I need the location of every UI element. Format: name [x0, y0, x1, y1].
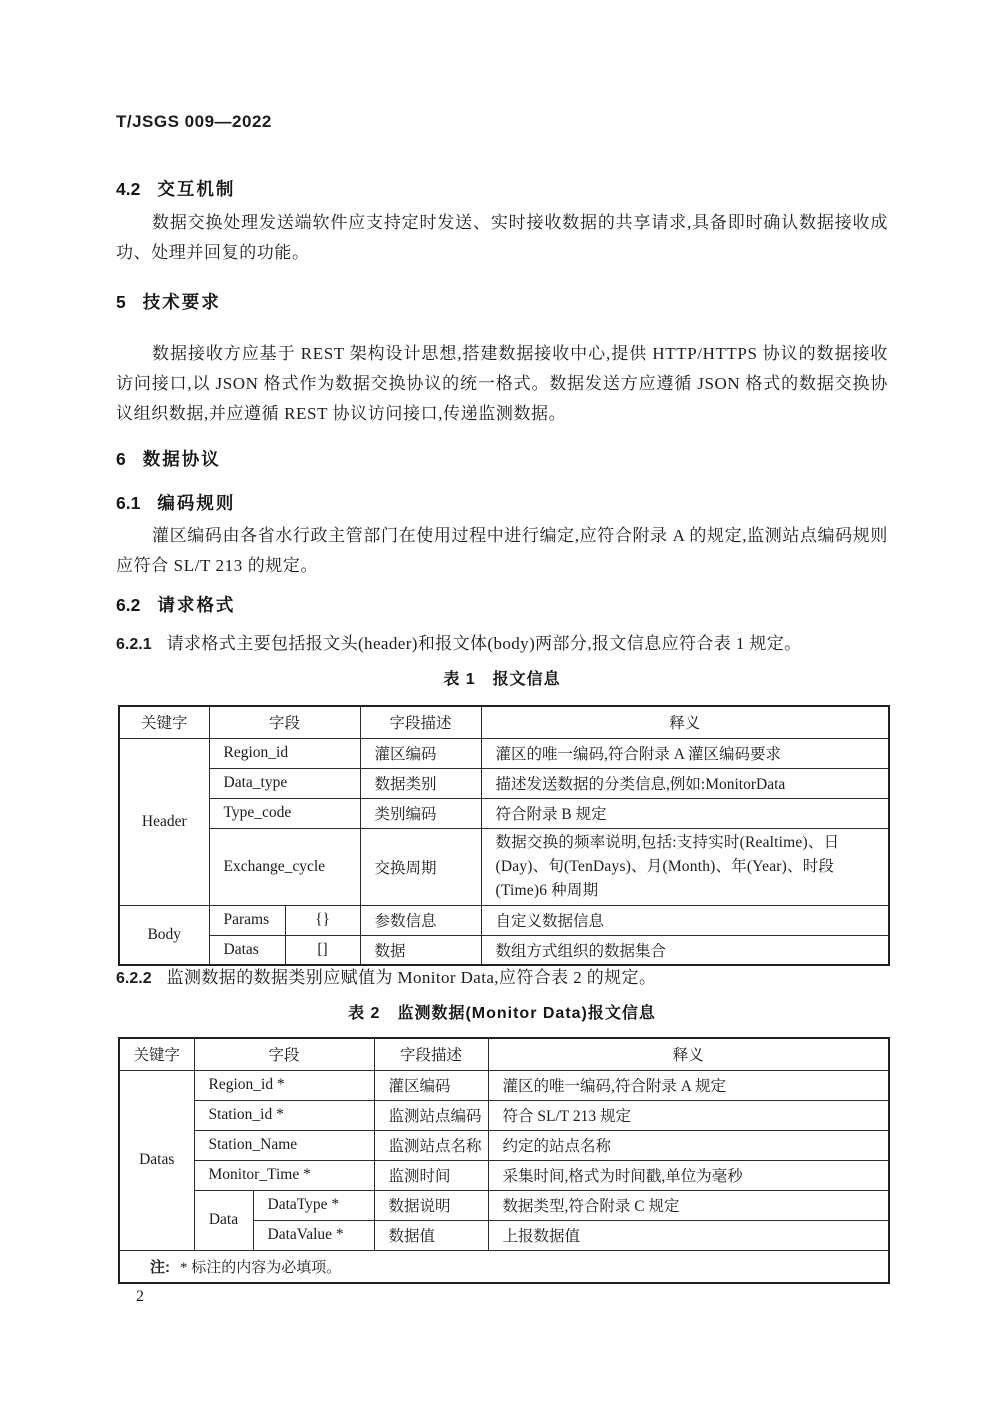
section-number: 5	[116, 292, 126, 312]
col-header-field-desc: 字段描述	[360, 706, 481, 738]
meaning-cell: 约定的站点名称	[488, 1130, 889, 1160]
field-desc-cell: 类别编码	[360, 798, 481, 828]
meaning-cell: 符合 SL/T 213 规定	[488, 1100, 889, 1130]
field-cell: Region_id *	[194, 1070, 374, 1100]
note-text: * 标注的内容为必填项。	[180, 1260, 341, 1276]
note-cell: 注:* 标注的内容为必填项。	[119, 1250, 889, 1283]
clause-text: 监测数据的数据类别应赋值为 Monitor Data,应符合表 2 的规定。	[167, 968, 657, 987]
table-row: Station_id * 监测站点编码 符合 SL/T 213 规定	[119, 1100, 889, 1130]
field-cell: Station_id *	[194, 1100, 374, 1130]
table-header-row: 关键字 字段 字段描述 释义	[119, 706, 889, 738]
field-cell: Params	[209, 905, 285, 935]
field-desc-cell: 交换周期	[360, 828, 481, 905]
table-2-caption: 表 2 监测数据(Monitor Data)报文信息	[116, 1000, 888, 1023]
field-desc-cell: 数据类别	[360, 768, 481, 798]
section-title: 技术要求	[143, 292, 221, 312]
field-symbol-cell: []	[285, 935, 360, 965]
table-row: Monitor_Time * 监测时间 采集时间,格式为时间戳,单位为毫秒	[119, 1160, 889, 1190]
field-cell: Monitor_Time *	[194, 1160, 374, 1190]
field-desc-cell: 监测时间	[374, 1160, 488, 1190]
col-header-field: 字段	[194, 1038, 374, 1070]
field-desc-cell: 监测站点名称	[374, 1130, 488, 1160]
clause-6-2-1: 6.2.1请求格式主要包括报文头(header)和报文体(body)两部分,报文…	[116, 629, 888, 654]
keyword-cell: Body	[119, 905, 209, 965]
col-header-keyword: 关键字	[119, 706, 209, 738]
col-header-meaning: 释义	[481, 706, 889, 738]
field-cell: Region_id	[209, 738, 360, 768]
table-header-row: 关键字 字段 字段描述 释义	[119, 1038, 889, 1070]
meaning-cell: 采集时间,格式为时间戳,单位为毫秒	[488, 1160, 889, 1190]
field-cell: DataType *	[253, 1190, 374, 1220]
section-heading-6-2: 6.2请求格式	[116, 592, 888, 617]
paragraph-5: 数据接收方应基于 REST 架构设计思想,搭建数据接收中心,提供 HTTP/HT…	[116, 339, 888, 429]
keyword-cell: Datas	[119, 1070, 194, 1250]
meaning-cell: 数组方式组织的数据集合	[481, 935, 889, 965]
field-desc-cell: 灌区编码	[374, 1070, 488, 1100]
standard-number: T/JSGS 009—2022	[116, 112, 888, 132]
clause-6-2-2: 6.2.2监测数据的数据类别应赋值为 Monitor Data,应符合表 2 的…	[116, 963, 888, 988]
table-row: Body Params {} 参数信息 自定义数据信息	[119, 905, 889, 935]
meaning-cell: 上报数据值	[488, 1220, 889, 1250]
field-group-cell: Data	[194, 1190, 253, 1250]
page-number: 2	[136, 1288, 196, 1306]
field-cell: DataValue *	[253, 1220, 374, 1250]
field-desc-cell: 数据说明	[374, 1190, 488, 1220]
col-header-meaning: 释义	[488, 1038, 889, 1070]
table-row: Station_Name 监测站点名称 约定的站点名称	[119, 1130, 889, 1160]
field-desc-cell: 数据值	[374, 1220, 488, 1250]
meaning-cell: 描述发送数据的分类信息,例如:MonitorData	[481, 768, 889, 798]
field-cell: Data_type	[209, 768, 360, 798]
section-heading-6-1: 6.1编码规则	[116, 490, 888, 515]
col-header-keyword: 关键字	[119, 1038, 194, 1070]
section-number: 6.1	[116, 493, 140, 513]
table-row: Exchange_cycle 交换周期 数据交换的频率说明,包括:支持实时(Re…	[119, 828, 889, 905]
paragraph-4-2: 数据交换处理发送端软件应支持定时发送、实时接收数据的共享请求,具备即时确认数据接…	[116, 208, 888, 268]
clause-number: 6.2.2	[116, 970, 152, 987]
meaning-cell: 数据类型,符合附录 C 规定	[488, 1190, 889, 1220]
col-header-field-desc: 字段描述	[374, 1038, 488, 1070]
field-cell: Datas	[209, 935, 285, 965]
field-desc-cell: 数据	[360, 935, 481, 965]
meaning-cell: 自定义数据信息	[481, 905, 889, 935]
field-cell: Station_Name	[194, 1130, 374, 1160]
keyword-cell: Header	[119, 738, 209, 905]
note-label: 注:	[150, 1259, 170, 1276]
section-heading-4-2: 4.2交互机制	[116, 176, 888, 201]
col-header-field: 字段	[209, 706, 360, 738]
meaning-cell: 灌区的唯一编码,符合附录 A 灌区编码要求	[481, 738, 889, 768]
document-page: T/JSGS 009—2022 4.2交互机制 数据交换处理发送端软件应支持定时…	[0, 0, 992, 1403]
table-row: Datas Region_id * 灌区编码 灌区的唯一编码,符合附录 A 规定	[119, 1070, 889, 1100]
section-number: 6	[116, 449, 126, 469]
field-symbol-cell: {}	[285, 905, 360, 935]
table-note-row: 注:* 标注的内容为必填项。	[119, 1250, 889, 1283]
meaning-cell: 数据交换的频率说明,包括:支持实时(Realtime)、日(Day)、旬(Ten…	[481, 828, 889, 905]
section-number: 6.2	[116, 595, 140, 615]
paragraph-6-1: 灌区编码由各省水行政主管部门在使用过程中进行编定,应符合附录 A 的规定,监测站…	[116, 521, 888, 581]
table-2-monitor-data-info: 关键字 字段 字段描述 释义 Datas Region_id * 灌区编码 灌区…	[118, 1037, 890, 1284]
section-title: 交互机制	[157, 179, 235, 199]
field-desc-cell: 灌区编码	[360, 738, 481, 768]
section-title: 编码规则	[157, 493, 235, 513]
meaning-cell: 符合附录 B 规定	[481, 798, 889, 828]
table-1-message-info: 关键字 字段 字段描述 释义 Header Region_id 灌区编码 灌区的…	[118, 705, 890, 966]
section-title: 数据协议	[143, 449, 221, 469]
table-row: Header Region_id 灌区编码 灌区的唯一编码,符合附录 A 灌区编…	[119, 738, 889, 768]
table-row: Data DataType * 数据说明 数据类型,符合附录 C 规定	[119, 1190, 889, 1220]
table-row: Data_type 数据类别 描述发送数据的分类信息,例如:MonitorDat…	[119, 768, 889, 798]
meaning-cell: 灌区的唯一编码,符合附录 A 规定	[488, 1070, 889, 1100]
field-cell: Exchange_cycle	[209, 828, 360, 905]
clause-text: 请求格式主要包括报文头(header)和报文体(body)两部分,报文信息应符合…	[167, 634, 802, 653]
section-heading-5: 5技术要求	[116, 289, 888, 314]
table-row: Datas [] 数据 数组方式组织的数据集合	[119, 935, 889, 965]
field-desc-cell: 参数信息	[360, 905, 481, 935]
field-desc-cell: 监测站点编码	[374, 1100, 488, 1130]
field-cell: Type_code	[209, 798, 360, 828]
table-row: Type_code 类别编码 符合附录 B 规定	[119, 798, 889, 828]
section-number: 4.2	[116, 179, 140, 199]
clause-number: 6.2.1	[116, 636, 152, 653]
table-1-caption: 表 1 报文信息	[116, 666, 888, 689]
section-heading-6: 6数据协议	[116, 446, 888, 471]
section-title: 请求格式	[157, 595, 235, 615]
